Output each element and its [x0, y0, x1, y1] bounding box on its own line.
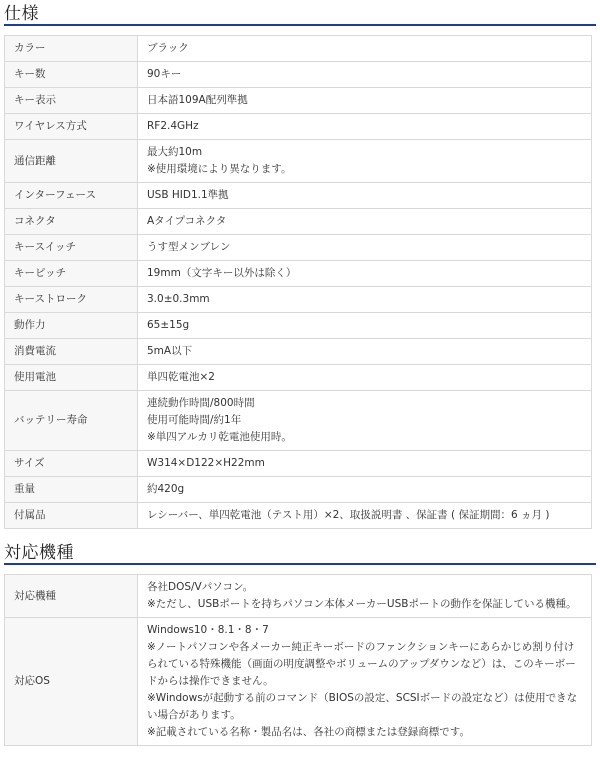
row-label: キースイッチ: [5, 235, 138, 261]
value-line: レシーバー、単四乾電池（テスト用）×2、取扱説明書 、保証書 ( 保証期間：6 …: [147, 507, 582, 524]
row-value: Windows10・8.1・8・7 ※ノートパソコンや各メーカー純正キーボードの…: [138, 618, 592, 746]
row-label: ワイヤレス方式: [5, 114, 138, 140]
table-row: キースイッチ うす型メンブレン: [5, 235, 592, 261]
row-value: USB HID1.1準拠: [138, 183, 592, 209]
compat-section-title: 対応機種: [4, 543, 74, 563]
table-row: コネクタ Aタイプコネクタ: [5, 209, 592, 235]
value-line: ※記載されている名称・製品名は、各社の商標または登録商標です。: [147, 724, 582, 741]
value-line: 単四乾電池×2: [147, 369, 582, 386]
row-value: 約420g: [138, 477, 592, 503]
row-value: 3.0±0.3mm: [138, 287, 592, 313]
row-value: 各社DOS/Vパソコン。 ※ただし、USBポートを持ちパソコン本体メーカーUSB…: [138, 575, 592, 618]
row-value: 連続動作時間/800時間 使用可能時間/約1年 ※単四アルカリ乾電池使用時。: [138, 391, 592, 451]
table-row: 動作力 65±15g: [5, 313, 592, 339]
table-row: 通信距離 最大約10m ※使用環境により異なります。: [5, 140, 592, 183]
row-label: コネクタ: [5, 209, 138, 235]
compat-title-rule: [4, 563, 596, 565]
row-label: キーストローク: [5, 287, 138, 313]
row-label: カラー: [5, 36, 138, 62]
table-row: バッテリー寿命 連続動作時間/800時間 使用可能時間/約1年 ※単四アルカリ乾…: [5, 391, 592, 451]
table-row: 消費電流 5mA以下: [5, 339, 592, 365]
row-label: バッテリー寿命: [5, 391, 138, 451]
value-line: RF2.4GHz: [147, 118, 582, 135]
row-label: キー表示: [5, 88, 138, 114]
row-value: 90キー: [138, 62, 592, 88]
table-row: 対応機種 各社DOS/Vパソコン。 ※ただし、USBポートを持ちパソコン本体メー…: [5, 575, 592, 618]
row-label: キーピッチ: [5, 261, 138, 287]
row-label: 対応OS: [5, 618, 138, 746]
specs-section-title: 仕様: [4, 4, 39, 24]
row-value: 単四乾電池×2: [138, 365, 592, 391]
value-line: 65±15g: [147, 317, 582, 334]
table-row: キーピッチ 19mm（文字キー以外は除く）: [5, 261, 592, 287]
value-line: ※単四アルカリ乾電池使用時。: [147, 429, 582, 446]
value-line: 5mA以下: [147, 343, 582, 360]
value-line: うす型メンブレン: [147, 239, 582, 256]
row-value: 5mA以下: [138, 339, 592, 365]
row-label: 使用電池: [5, 365, 138, 391]
value-line: ※使用環境により異なります。: [147, 161, 582, 178]
table-row: カラー ブラック: [5, 36, 592, 62]
row-value: Aタイプコネクタ: [138, 209, 592, 235]
row-label: キー数: [5, 62, 138, 88]
specs-table: カラー ブラック キー数 90キー キー表示 日本語109A配列準拠 ワイヤレス…: [4, 35, 592, 529]
table-row: 使用電池 単四乾電池×2: [5, 365, 592, 391]
value-line: ※ノートパソコンや各メーカー純正キーボードのファンクションキーにあらかじめ割り付…: [147, 639, 582, 690]
table-row: 対応OS Windows10・8.1・8・7 ※ノートパソコンや各メーカー純正キ…: [5, 618, 592, 746]
table-row: 重量 約420g: [5, 477, 592, 503]
value-line: ブラック: [147, 40, 582, 57]
value-line: ※Windowsが起動する前のコマンド（BIOSの設定、SCSIボードの設定など…: [147, 690, 582, 724]
row-value: W314×D122×H22mm: [138, 451, 592, 477]
row-value: RF2.4GHz: [138, 114, 592, 140]
row-value: 日本語109A配列準拠: [138, 88, 592, 114]
table-row: キー表示 日本語109A配列準拠: [5, 88, 592, 114]
row-label: 消費電流: [5, 339, 138, 365]
value-line: W314×D122×H22mm: [147, 455, 582, 472]
value-line: 90キー: [147, 66, 582, 83]
row-value: うす型メンブレン: [138, 235, 592, 261]
value-line: Aタイプコネクタ: [147, 213, 582, 230]
row-value: ブラック: [138, 36, 592, 62]
row-label: 動作力: [5, 313, 138, 339]
table-row: キーストローク 3.0±0.3mm: [5, 287, 592, 313]
table-row: インターフェース USB HID1.1準拠: [5, 183, 592, 209]
value-line: 19mm（文字キー以外は除く）: [147, 265, 582, 282]
row-label: サイズ: [5, 451, 138, 477]
value-line: USB HID1.1準拠: [147, 187, 582, 204]
value-line: Windows10・8.1・8・7: [147, 622, 582, 639]
row-value: 19mm（文字キー以外は除く）: [138, 261, 592, 287]
row-label: インターフェース: [5, 183, 138, 209]
row-label: 付属品: [5, 503, 138, 529]
value-line: 連続動作時間/800時間: [147, 395, 582, 412]
value-line: 約420g: [147, 481, 582, 498]
value-line: 各社DOS/Vパソコン。: [147, 579, 582, 596]
row-label: 重量: [5, 477, 138, 503]
row-value: レシーバー、単四乾電池（テスト用）×2、取扱説明書 、保証書 ( 保証期間：6 …: [138, 503, 592, 529]
value-line: 使用可能時間/約1年: [147, 412, 582, 429]
compat-table: 対応機種 各社DOS/Vパソコン。 ※ただし、USBポートを持ちパソコン本体メー…: [4, 574, 592, 746]
table-row: キー数 90キー: [5, 62, 592, 88]
value-line: ※ただし、USBポートを持ちパソコン本体メーカーUSBポートの動作を保証している…: [147, 596, 582, 613]
table-row: ワイヤレス方式 RF2.4GHz: [5, 114, 592, 140]
table-row: サイズ W314×D122×H22mm: [5, 451, 592, 477]
row-label: 対応機種: [5, 575, 138, 618]
row-value: 65±15g: [138, 313, 592, 339]
table-row: 付属品 レシーバー、単四乾電池（テスト用）×2、取扱説明書 、保証書 ( 保証期…: [5, 503, 592, 529]
specs-title-rule: [4, 24, 596, 26]
value-line: 最大約10m: [147, 144, 582, 161]
value-line: 日本語109A配列準拠: [147, 92, 582, 109]
value-line: 3.0±0.3mm: [147, 291, 582, 308]
row-value: 最大約10m ※使用環境により異なります。: [138, 140, 592, 183]
row-label: 通信距離: [5, 140, 138, 183]
